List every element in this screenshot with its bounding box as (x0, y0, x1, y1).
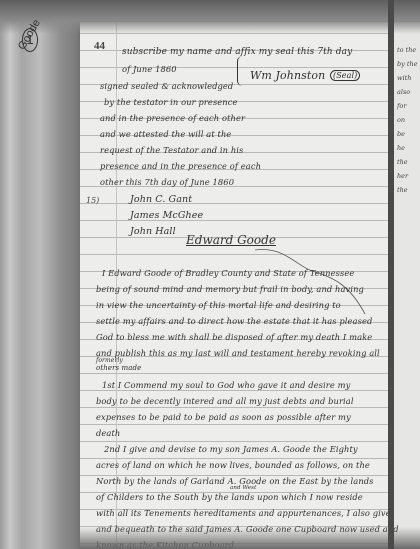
will-line: body to be decently intered and all my j… (96, 396, 354, 406)
attestation-line: signed sealed & acknowledged (100, 81, 233, 91)
will-line: acres of land on which he now lives, bou… (96, 460, 370, 470)
will-line: with all its Tenements hereditaments and… (96, 508, 391, 518)
will-line: others made (96, 364, 141, 372)
attestation-line: request of the Testator and in his (100, 145, 243, 155)
will-line: settle my affairs and to direct how the … (96, 316, 372, 326)
facing-page-fragment: to the (397, 46, 416, 54)
attestation-line: subscribe my name and affix my seal this… (122, 47, 352, 57)
will-title: Edward Goode (186, 233, 276, 247)
will-line: 2nd I give and devise to my son James A.… (104, 444, 358, 454)
attestation-line: other this 7th day of June 1860 (100, 177, 234, 187)
witness-signature: John C. Gant (130, 194, 192, 205)
interlinear-insertion: and West (230, 485, 256, 491)
facing-page-fragment: on (397, 116, 405, 124)
witness-signature: John Hall (130, 226, 176, 237)
book-binding (388, 0, 394, 549)
will-line: in view the uncertainty of this mortal l… (96, 300, 341, 310)
will-line: death (96, 428, 120, 438)
witness-signature: James McGhee (130, 210, 203, 221)
interlinear-insertion: formerly (96, 357, 123, 364)
facing-page-fragment: be (397, 130, 405, 138)
signature-brace (237, 56, 248, 86)
facing-page-fragment: for (397, 102, 406, 110)
seal-mark: (Seal) (330, 70, 360, 81)
margin-number-mark: 15) (86, 196, 99, 205)
attestation-line: and we attested the will at the (100, 129, 231, 139)
attestation-line: of June 1860 (122, 64, 177, 74)
facing-page-fragment: with (397, 74, 411, 82)
will-line: expenses to be paid to be paid as soon a… (96, 412, 351, 422)
will-line: 1st I Commend my soul to God who gave it… (102, 380, 350, 390)
facing-page-fragment: by the (397, 60, 418, 68)
testator-signature: Wm Johnston (250, 69, 325, 82)
will-line: and publish this as my last will and tes… (96, 348, 380, 358)
bottom-shadow (80, 527, 420, 549)
will-line: of Childers to the South by the lands up… (96, 492, 363, 502)
will-line: I Edward Goode of Bradley County and Sta… (102, 268, 354, 278)
facing-page-fragment: the (397, 158, 408, 166)
facing-page-fragment: also (397, 88, 410, 96)
page-number: 44 (94, 40, 105, 52)
attestation-line: presence and in the presence of each (100, 161, 261, 171)
will-line: being of sound mind and memory but frail… (96, 284, 364, 294)
facing-page-fragment: her (397, 172, 408, 180)
top-shadow (0, 0, 420, 34)
will-line: God to bless me with shall be disposed o… (96, 332, 372, 342)
attestation-line: by the testator in our presence (104, 97, 238, 107)
attestation-line: and in the presence of each other (100, 113, 245, 123)
facing-page-fragment: the (397, 186, 408, 194)
facing-page-fragment: he (397, 144, 405, 152)
